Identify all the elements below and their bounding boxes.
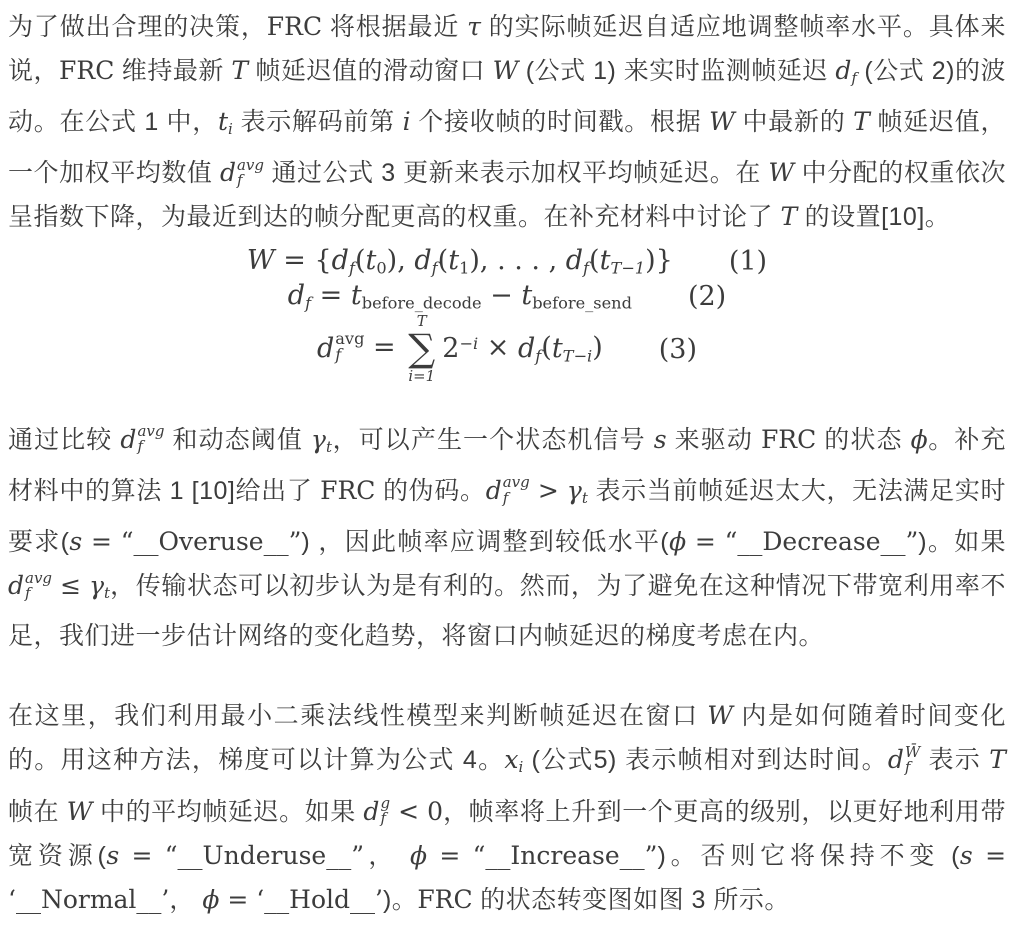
equation-3-body: davgf = T∑i=12−i × df(tT−i) bbox=[317, 314, 603, 383]
paragraph-1: 为了做出合理的决策，FRC 将根据最近 τ 的实际帧延迟自适应地调整帧率水平。具… bbox=[8, 5, 1006, 239]
paragraph-3: 在这里，我们利用最小二乘法线性模型来判断帧延迟在窗口 W 内是如何随着时间变化的… bbox=[8, 694, 1006, 921]
equation-3-number: (3) bbox=[659, 334, 697, 365]
equation-3: davgf = T∑i=12−i × df(tT−i) (3) bbox=[8, 314, 1006, 383]
document-page: 为了做出合理的决策，FRC 将根据最近 τ 的实际帧延迟自适应地调整帧率水平。具… bbox=[0, 0, 1014, 930]
equation-2-number: (2) bbox=[688, 281, 726, 312]
equation-1-number: (1) bbox=[729, 246, 767, 277]
equation-block: W = {df(t0), df(t1), . . . , df(tT−1)} (… bbox=[8, 245, 1006, 384]
equation-1: W = {df(t0), df(t1), . . . , df(tT−1)} (… bbox=[8, 245, 1006, 278]
paragraph-2: 通过比较 davgf 和动态阈值 γt，可以产生一个状态机信号 s 来驱动 FR… bbox=[8, 418, 1006, 659]
equation-2-body: df = tbefore_decode − tbefore_send bbox=[288, 280, 632, 313]
equation-1-body: W = {df(t0), df(t1), . . . , df(tT−1)} bbox=[247, 245, 673, 278]
equation-2: df = tbefore_decode − tbefore_send (2) bbox=[8, 280, 1006, 313]
